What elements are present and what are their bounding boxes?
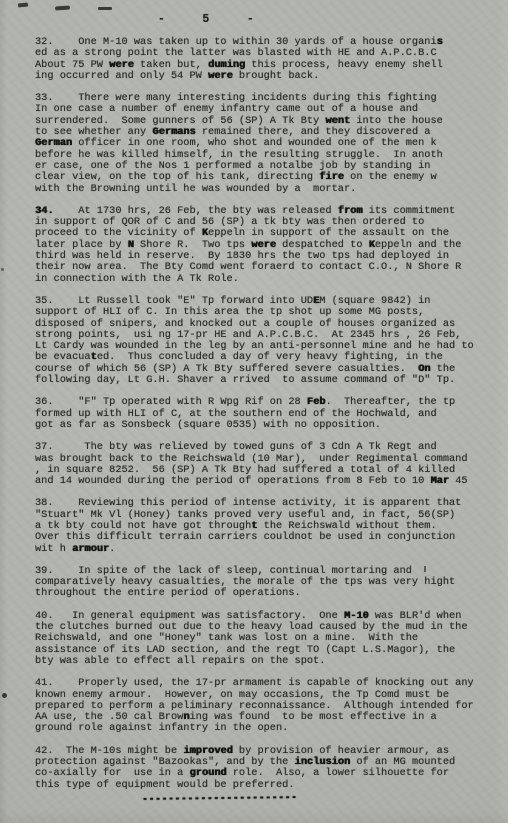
overstruck-text: were [251, 239, 276, 251]
text-line: ed as a strong point the latter was blas… [35, 48, 483, 59]
text-line: ing occurred and only 54 PW were brought… [35, 71, 483, 82]
text-line: with the Browning until he was wounded b… [35, 184, 483, 195]
overstruck-text: fire [319, 171, 344, 183]
overstruck-text: Mar [430, 475, 449, 487]
text-line: following day, Lt G.H. Shaver a rrived t… [35, 375, 483, 386]
paragraph-39: 39. In spite of the lack of sleep, conti… [35, 566, 483, 600]
page-number-header: - 5 - [158, 13, 254, 26]
text-line: ground role against infantry in the open… [35, 723, 483, 734]
overstruck-text: duming [208, 59, 245, 71]
overstruck-text: s [437, 36, 443, 48]
paragraph-32: 32. One M-10 was taken up to within 30 y… [35, 37, 483, 82]
paragraph-33: 33. There were many interesting incident… [35, 93, 483, 195]
text-line: got as far as Sonsbeck (square 0535) wit… [35, 420, 483, 431]
overstruck-text: On [418, 363, 430, 375]
scan-artifact [98, 7, 112, 10]
text-line: bty was able to effect all repairs on th… [35, 656, 483, 667]
overstruck-text: German [35, 137, 72, 149]
paragraph-36: 36. "F" Tp operated with R Wpg Rif on 28… [35, 397, 483, 431]
overstruck-text: Feb [307, 396, 326, 408]
overstruck-text: K [369, 239, 375, 251]
overstruck-text: were [208, 70, 233, 82]
paragraph-35: 35. Lt Russell took "E" Tp forward into … [35, 296, 483, 386]
paragraph-34: 34. At 1730 hrs, 26 Feb, the bty was rel… [35, 206, 483, 285]
overstruck-text: M-10 [344, 610, 369, 622]
text-line: wit h armour. [35, 544, 483, 555]
ink-speck [2, 693, 7, 698]
overstruck-text: went [325, 115, 350, 127]
text-line: 37. The bty was relieved by towed guns o… [35, 442, 483, 453]
text-line: German officer in one room, who shot and… [35, 138, 483, 149]
text-line: in connection with the A Tk Role. [35, 274, 483, 285]
text-line: throughout the entire period of operatio… [35, 588, 483, 599]
overstruck-text: K [202, 227, 208, 239]
text-line: co-axially for use in a ground role. Als… [35, 768, 483, 779]
end-rule: ------------------------ [142, 789, 298, 809]
text-line: 38. Reviewing this period of intense act… [35, 498, 483, 509]
scan-artifact [18, 2, 28, 7]
paragraph-41: 41. Properly used, the 17-pr armament is… [35, 678, 483, 734]
text-line: clear view, on the top of his tank, dire… [35, 172, 483, 183]
text-line: their now area. The Bty Comd went foraer… [35, 262, 483, 273]
scanned-document-page: - 5 - 32. One M-10 was taken up to withi… [0, 0, 508, 823]
text-line: Reichswald, and one "Honey" tank was los… [35, 633, 483, 644]
overstruck-text: N [128, 239, 134, 251]
paragraph-42: 42. The M-10s might be improved by provi… [35, 746, 483, 791]
ink-speck [1, 268, 4, 271]
text-line: 36. "F" Tp operated with R Wpg Rif on 28… [35, 397, 483, 408]
scan-artifact [55, 5, 70, 10]
overstruck-text: t [91, 351, 97, 363]
paragraphs: 32. One M-10 was taken up to within 30 y… [35, 37, 483, 802]
overstruck-text: improved [183, 745, 232, 757]
text-line: 41. Properly used, the 17-pr armament is… [35, 678, 483, 689]
paragraph-38: 38. Reviewing this period of intense act… [35, 498, 483, 554]
ink-speck [424, 566, 426, 572]
text-line: and 14 wounded during the period of oper… [35, 476, 483, 487]
overstruck-text: were [109, 59, 134, 71]
overstruck-text: armour [72, 543, 109, 555]
overstruck-text: ground [189, 767, 226, 779]
paragraph-37: 37. The bty was relieved by towed guns o… [35, 442, 483, 487]
paragraph-40: 40. In general equipment was satisfactor… [35, 611, 483, 667]
text-line: support of HLI of C. In this area the tp… [35, 307, 483, 318]
